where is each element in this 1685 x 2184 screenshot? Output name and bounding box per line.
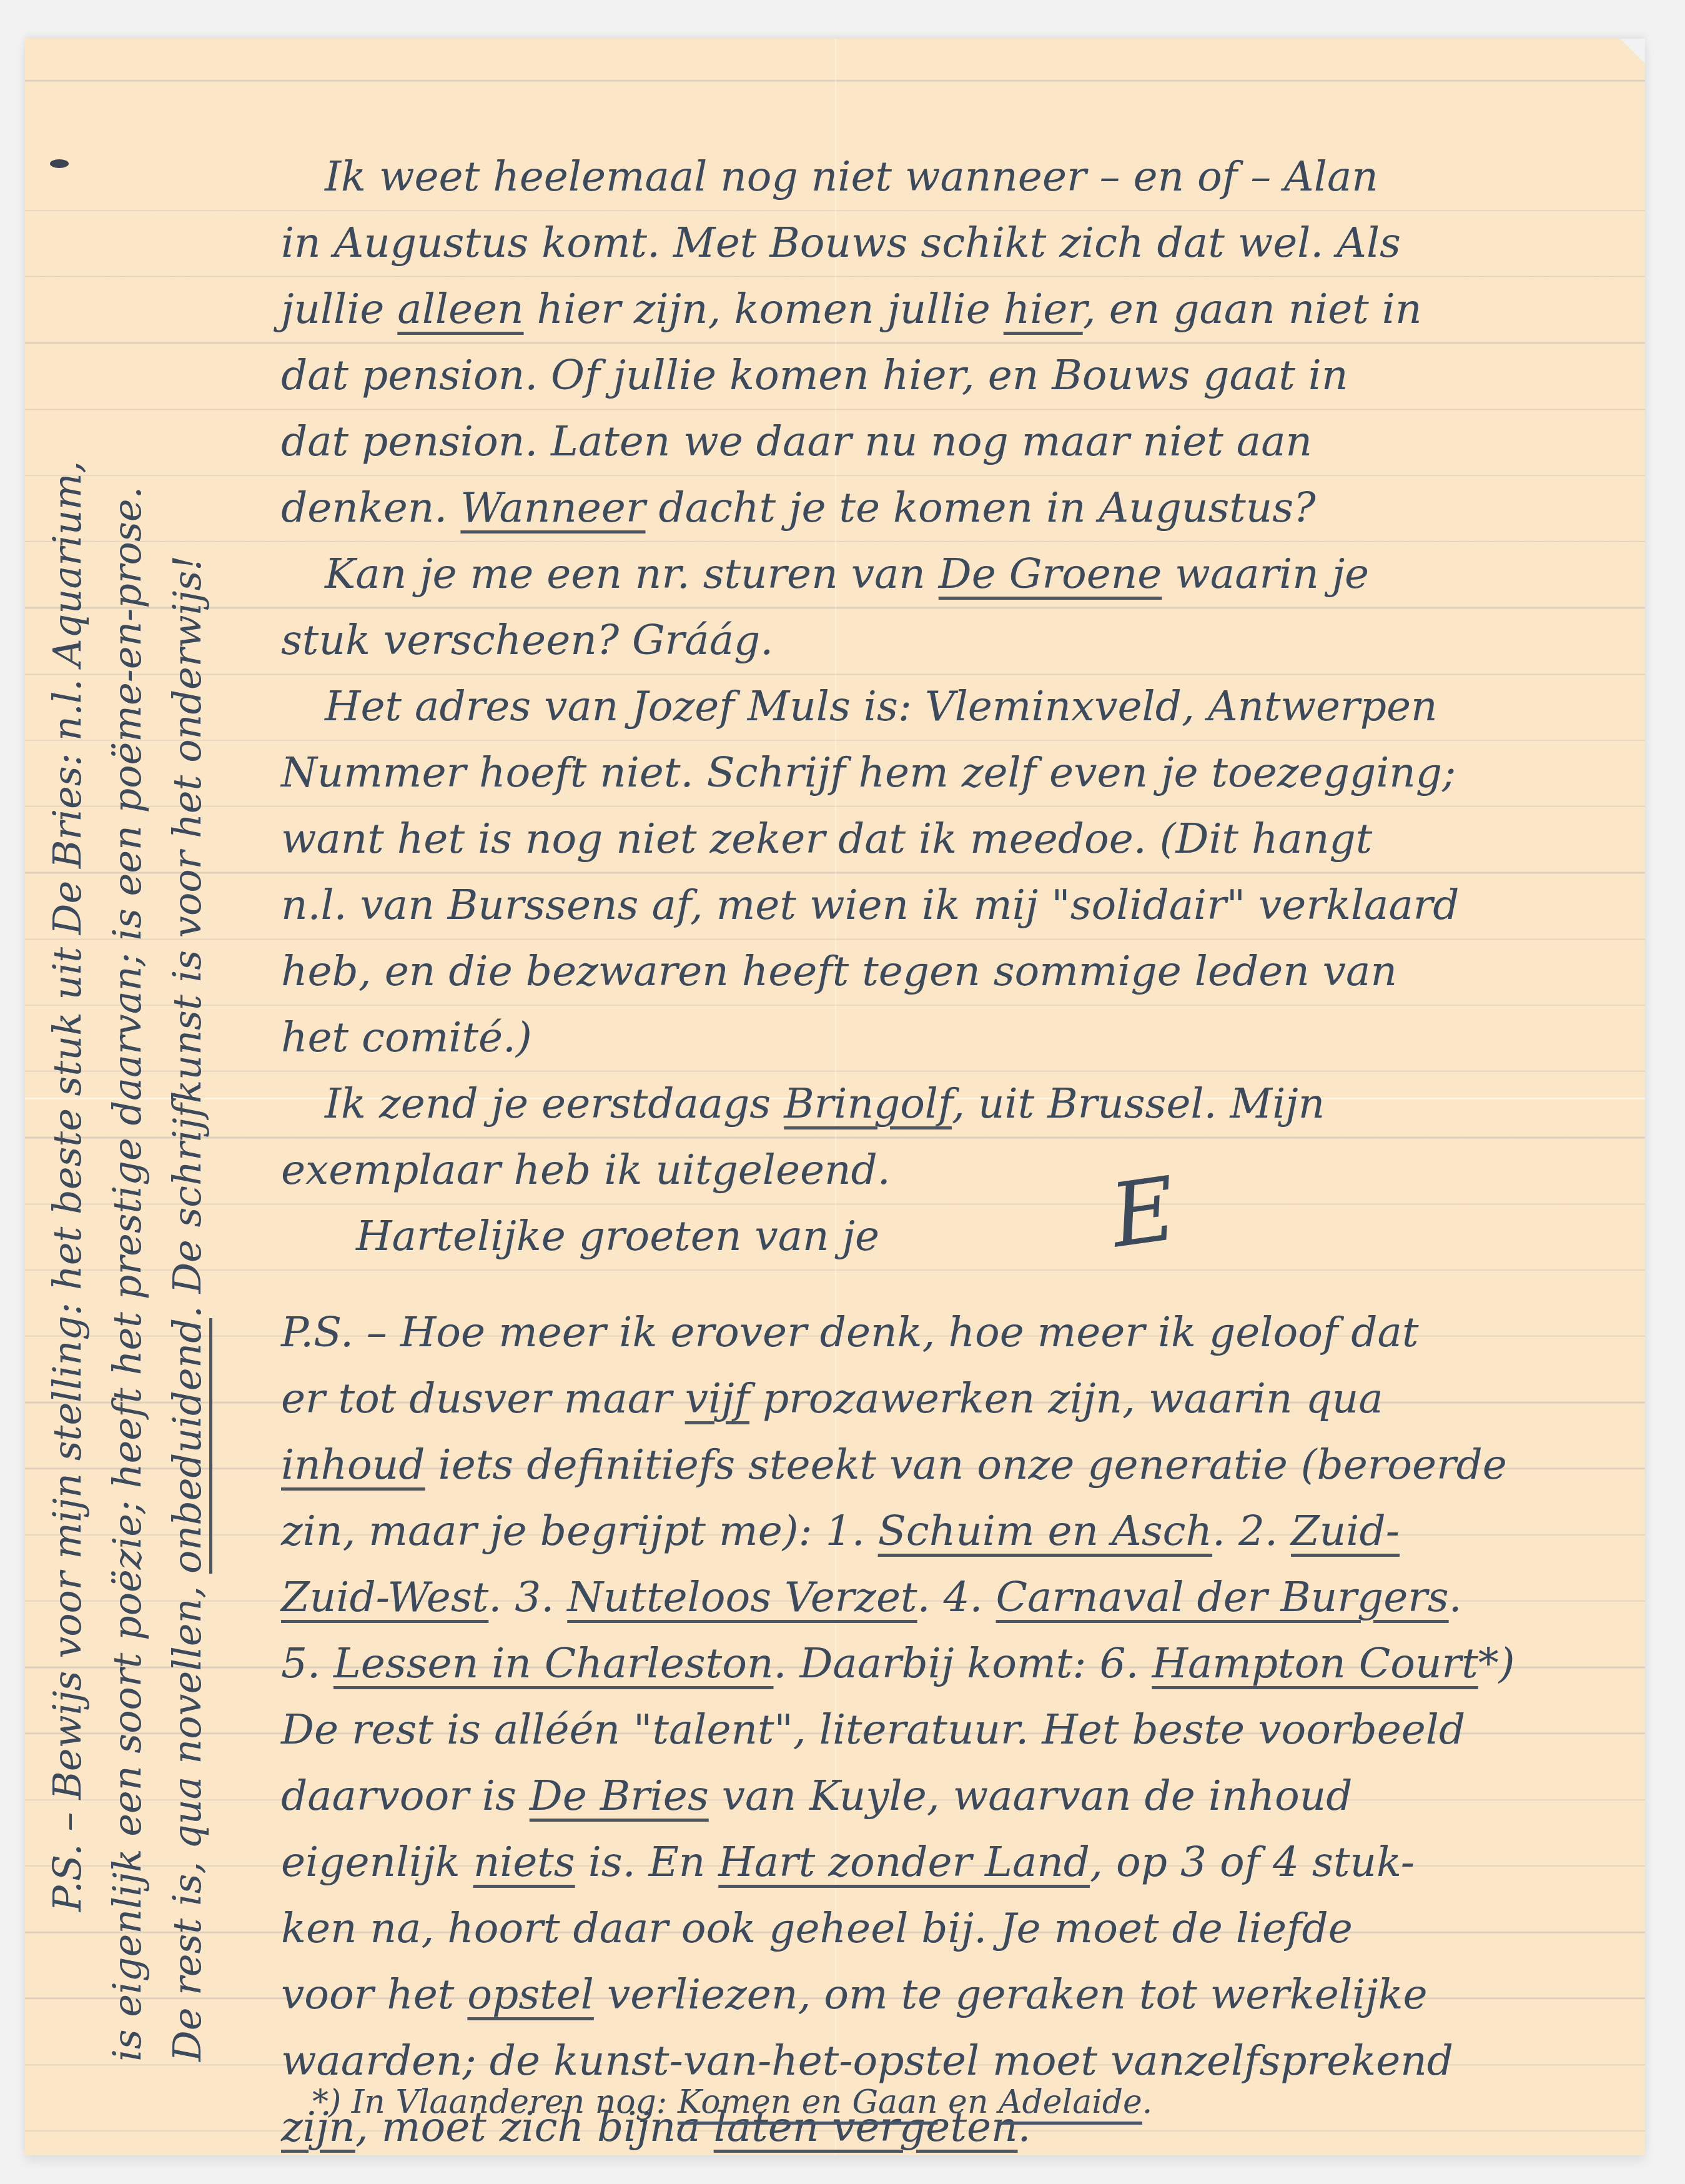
underlined-title: Adelaide bbox=[999, 2083, 1142, 2121]
closing-line: Hartelijke groeten van je bbox=[281, 1203, 1624, 1269]
ps-line: 5. Lessen in Charleston. Daarbij komt: 6… bbox=[281, 1631, 1655, 1697]
postscript: P.S. – Hoe meer ik erover denk, hoe meer… bbox=[281, 1299, 1655, 2160]
underlined-title: Zuid- bbox=[1291, 1507, 1400, 1555]
ps-line: P.S. – Hoe meer ik erover denk, hoe meer… bbox=[281, 1299, 1655, 1366]
letter-line: Nummer hoeft niet. Schrijf hem zelf even… bbox=[281, 740, 1624, 806]
ps-line: zin, maar je begrijpt me): 1. Schuim en … bbox=[281, 1498, 1655, 1564]
underlined-word: onbeduidend bbox=[164, 1318, 210, 1574]
margin-note: P.S. – Bewijs voor mijn stelling: het be… bbox=[37, 125, 217, 2062]
footnote: *) In Vlaanderen nog: Komen en Gaan en A… bbox=[312, 2083, 1152, 2121]
underlined-title: Hart zonder Land bbox=[718, 1838, 1090, 1886]
ps-line: De rest is alléén "talent", literatuur. … bbox=[281, 1697, 1655, 1763]
letter-line: want het is nog niet zeker dat ik meedoe… bbox=[281, 806, 1624, 872]
ps-line: er tot dusver maar vijf prozawerken zijn… bbox=[281, 1366, 1655, 1432]
underlined-word: Wanneer bbox=[460, 484, 645, 532]
letter-line: jullie alleen hier zijn, komen jullie hi… bbox=[281, 276, 1624, 342]
letter-line: dat pension. Of jullie komen hier, en Bo… bbox=[281, 342, 1624, 409]
underlined-title: Carnaval der Burgers bbox=[996, 1573, 1449, 1621]
letter-line: Ik weet heelemaal nog niet wanneer – en … bbox=[281, 144, 1624, 210]
letter-line: exemplaar heb ik uitgeleend. bbox=[281, 1137, 1624, 1203]
letter-line: Ik zend je eerstdaags Bringolf, uit Brus… bbox=[281, 1071, 1624, 1137]
margin-line: P.S. – Bewijs voor mijn stelling: het be… bbox=[37, 125, 97, 2062]
underlined-title: Nutteloos Verzet bbox=[567, 1573, 917, 1621]
ps-line: ken na, hoort daar ook geheel bij. Je mo… bbox=[281, 1895, 1655, 1962]
underlined-title: Bringolf bbox=[784, 1080, 952, 1128]
underlined-title: Lessen in Charleston bbox=[334, 1639, 773, 1687]
underlined-word: hier bbox=[1004, 285, 1083, 333]
underlined-title: Schuim en Asch bbox=[878, 1507, 1212, 1555]
underlined-word: opstel bbox=[467, 1970, 594, 2018]
letter-line: heb, en die bezwaren heeft tegen sommige… bbox=[281, 938, 1624, 1005]
ps-line: Zuid-West. 3. Nutteloos Verzet. 4. Carna… bbox=[281, 1564, 1655, 1631]
underlined-word: vijf bbox=[685, 1374, 749, 1422]
margin-line: De rest is, qua novellen, onbeduidend. D… bbox=[157, 125, 217, 2062]
letter-line: Kan je me een nr. sturen van De Groene w… bbox=[281, 541, 1624, 607]
letter-line: dat pension. Laten we daar nu nog maar n… bbox=[281, 409, 1624, 475]
letter-body: Ik weet heelemaal nog niet wanneer – en … bbox=[281, 144, 1624, 1269]
underlined-title: Komen en Gaan bbox=[678, 2083, 938, 2121]
underlined-title: De Groene bbox=[939, 550, 1162, 598]
underlined-title: Zuid-West bbox=[281, 1573, 488, 1621]
ps-line: voor het opstel verliezen, om te geraken… bbox=[281, 1962, 1655, 2028]
underlined-word: niets bbox=[473, 1838, 575, 1886]
letter-line: in Augustus komt. Met Bouws schikt zich … bbox=[281, 210, 1624, 276]
margin-line: is eigenlijk een soort poëzie; heeft het… bbox=[97, 125, 157, 2062]
letter-line: Het adres van Jozef Muls is: Vleminxveld… bbox=[281, 673, 1624, 740]
underlined-title: De Bries bbox=[530, 1772, 709, 1820]
letter-line: n.l. van Burssens af, met wien ik mij "s… bbox=[281, 872, 1624, 938]
underlined-word: inhoud bbox=[281, 1441, 425, 1489]
letter-line: denken. Wanneer dacht je te komen in Aug… bbox=[281, 475, 1624, 541]
ps-line: inhoud iets definitiefs steekt van onze … bbox=[281, 1432, 1655, 1498]
letter-line: stuk verscheen? Gráág. bbox=[281, 607, 1624, 673]
letter-line: het comité.) bbox=[281, 1005, 1624, 1071]
underlined-title: Hampton Court bbox=[1152, 1639, 1478, 1687]
ps-line: daarvoor is De Bries van Kuyle, waarvan … bbox=[281, 1763, 1655, 1829]
ps-line: eigenlijk niets is. En Hart zonder Land,… bbox=[281, 1829, 1655, 1895]
underlined-word: alleen bbox=[397, 285, 523, 333]
